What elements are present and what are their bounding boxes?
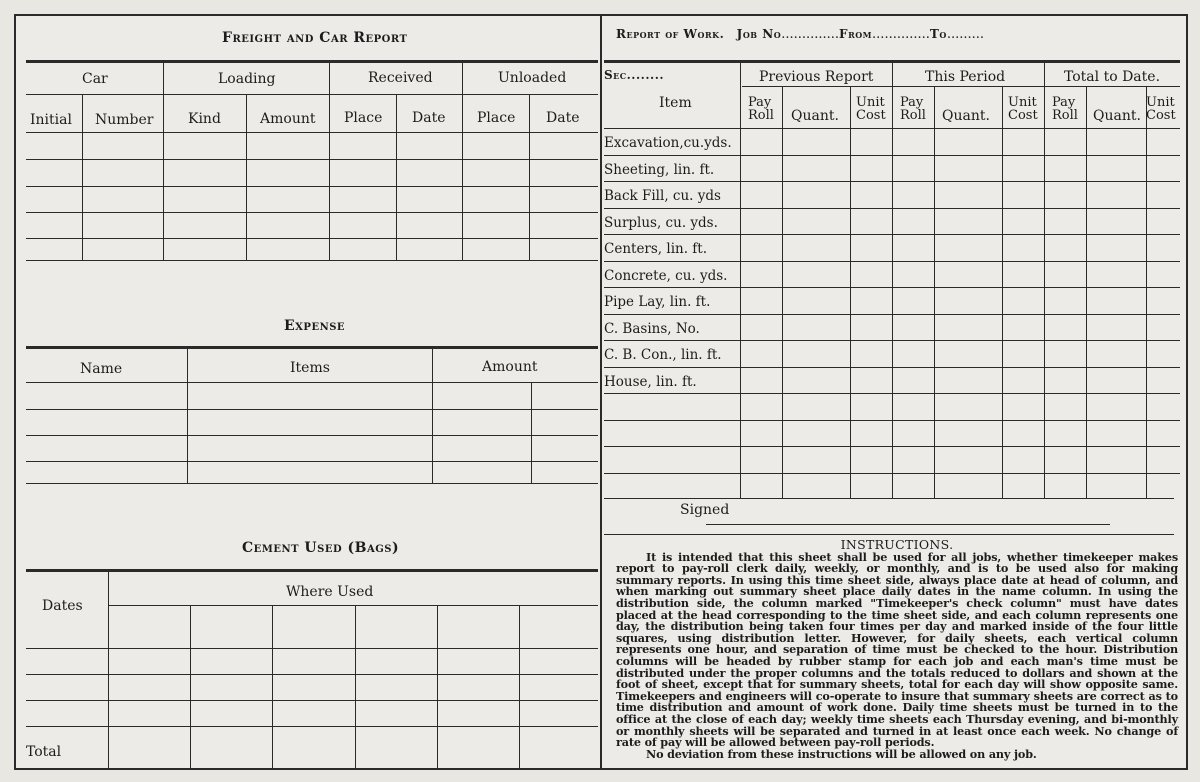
col-line bbox=[934, 86, 935, 498]
left-pane: Freight and Car Report Car Loading Recei… bbox=[16, 16, 600, 768]
col-line bbox=[1146, 86, 1147, 498]
col-pay-roll: PayRoll bbox=[1052, 96, 1078, 122]
col-line bbox=[531, 382, 532, 483]
list-item: Sheeting, lin. ft. bbox=[604, 162, 714, 178]
col-unloaded-date: Date bbox=[546, 110, 579, 126]
row-line bbox=[26, 409, 598, 410]
list-item: C. Basins, No. bbox=[604, 321, 700, 337]
row-line bbox=[26, 700, 598, 701]
row-line bbox=[26, 159, 598, 160]
col-received-date: Date bbox=[412, 110, 445, 126]
label: Roll bbox=[748, 108, 774, 123]
col-line bbox=[82, 94, 83, 260]
time-sheet-form: Freight and Car Report Car Loading Recei… bbox=[14, 14, 1188, 770]
instructions-block: INSTRUCTIONS. It is intended that this s… bbox=[616, 539, 1178, 760]
col-group-car: Car bbox=[82, 71, 108, 87]
cement-title: Cement Used (Bags) bbox=[242, 540, 399, 556]
label: Cost bbox=[856, 108, 886, 123]
col-expense-amount: Amount bbox=[482, 359, 537, 375]
list-item: Concrete, cu. yds. bbox=[604, 268, 727, 284]
divider bbox=[26, 60, 598, 63]
row-line bbox=[26, 186, 598, 187]
freight-title: Freight and Car Report bbox=[222, 30, 407, 46]
row-line bbox=[26, 238, 598, 239]
job-no-field[interactable]: .............. bbox=[781, 27, 839, 42]
list-item: Excavation,cu.yds. bbox=[604, 135, 732, 151]
divider bbox=[26, 346, 598, 349]
row-line bbox=[604, 498, 1174, 499]
report-title: Report of Work. bbox=[616, 27, 724, 41]
divider bbox=[742, 86, 1180, 87]
col-line bbox=[892, 62, 893, 498]
list-item: House, lin. ft. bbox=[604, 374, 697, 390]
col-group-this-period: This Period bbox=[925, 69, 1005, 85]
col-line bbox=[190, 605, 191, 768]
col-quant: Quant. bbox=[942, 108, 990, 124]
instructions-body: It is intended that this sheet shall be … bbox=[616, 552, 1178, 749]
row-line bbox=[26, 260, 598, 261]
list-item: C. B. Con., lin. ft. bbox=[604, 347, 722, 363]
col-line bbox=[163, 62, 164, 260]
col-line bbox=[529, 94, 530, 260]
col-received-place: Place bbox=[344, 110, 382, 126]
instructions-closing: No deviation from these instructions wil… bbox=[616, 749, 1178, 761]
col-unloaded-place: Place bbox=[477, 110, 515, 126]
col-line bbox=[432, 348, 433, 483]
list-item: Surplus, cu. yds. bbox=[604, 215, 718, 231]
label: Cost bbox=[1008, 108, 1038, 123]
col-line bbox=[1044, 62, 1045, 498]
expense-title: Expense bbox=[284, 318, 345, 334]
row-total: Total bbox=[26, 744, 61, 760]
sec-field[interactable]: Sec........ bbox=[604, 68, 664, 82]
from-field[interactable]: .............. bbox=[872, 27, 930, 42]
col-line bbox=[850, 86, 851, 498]
col-line bbox=[519, 605, 520, 768]
col-line bbox=[782, 86, 783, 498]
col-group-received: Received bbox=[368, 70, 433, 86]
list-item: Centers, lin. ft. bbox=[604, 241, 707, 257]
signature-line[interactable] bbox=[706, 524, 1110, 525]
col-kind: Kind bbox=[188, 111, 221, 127]
right-pane: Report of Work. Job No..............From… bbox=[600, 16, 1186, 768]
divider bbox=[604, 534, 1174, 535]
row-line bbox=[26, 212, 598, 213]
signed-label: Signed bbox=[680, 502, 729, 518]
col-line bbox=[1002, 86, 1003, 498]
job-no-label: Job No bbox=[737, 27, 782, 41]
col-pay-roll: PayRoll bbox=[748, 96, 774, 122]
col-line bbox=[108, 571, 109, 768]
col-number: Number bbox=[95, 112, 153, 128]
label: Cost bbox=[1146, 108, 1176, 123]
divider bbox=[26, 569, 598, 572]
col-group-total: Total to Date. bbox=[1064, 69, 1160, 85]
col-line bbox=[246, 94, 247, 260]
divider bbox=[26, 94, 598, 95]
col-name: Name bbox=[80, 361, 122, 377]
col-pay-roll: PayRoll bbox=[900, 96, 926, 122]
row-line bbox=[26, 435, 598, 436]
col-line bbox=[355, 605, 356, 768]
row-line bbox=[26, 726, 598, 727]
from-label: From bbox=[839, 27, 872, 41]
row-line bbox=[26, 461, 598, 462]
col-items: Items bbox=[290, 360, 330, 376]
instructions-title: INSTRUCTIONS. bbox=[616, 539, 1178, 551]
col-quant: Quant. bbox=[791, 108, 839, 124]
col-line bbox=[462, 62, 463, 260]
col-line bbox=[437, 605, 438, 768]
col-quant: Quant. bbox=[1093, 108, 1141, 124]
col-line bbox=[187, 348, 188, 483]
col-line bbox=[329, 62, 330, 260]
report-header: Report of Work. Job No..............From… bbox=[616, 27, 984, 42]
col-unit-cost: UnitCost bbox=[1008, 96, 1038, 122]
col-group-loading: Loading bbox=[218, 71, 276, 87]
col-amount: Amount bbox=[260, 111, 315, 127]
label: Roll bbox=[1052, 108, 1078, 123]
label: Roll bbox=[900, 108, 926, 123]
to-label: To bbox=[930, 27, 947, 41]
row-line bbox=[26, 648, 598, 649]
list-item: Back Fill, cu. yds bbox=[604, 188, 721, 204]
col-group-unloaded: Unloaded bbox=[498, 70, 566, 86]
col-unit-cost: UnitCost bbox=[1146, 96, 1176, 122]
list-item: Pipe Lay, lin. ft. bbox=[604, 294, 710, 310]
col-dates: Dates bbox=[42, 598, 83, 614]
col-initial: Initial bbox=[30, 112, 72, 128]
divider bbox=[108, 605, 598, 606]
col-line bbox=[396, 94, 397, 260]
divider bbox=[26, 132, 598, 133]
to-field[interactable]: ......... bbox=[947, 27, 984, 42]
divider bbox=[26, 382, 598, 383]
row-line bbox=[26, 483, 598, 484]
col-line bbox=[272, 605, 273, 768]
col-line bbox=[740, 62, 741, 498]
col-unit-cost: UnitCost bbox=[856, 96, 886, 122]
col-line bbox=[1086, 86, 1087, 498]
row-line bbox=[26, 674, 598, 675]
col-item: Item bbox=[659, 95, 692, 111]
col-where-used: Where Used bbox=[286, 584, 373, 600]
col-group-previous: Previous Report bbox=[759, 69, 873, 85]
